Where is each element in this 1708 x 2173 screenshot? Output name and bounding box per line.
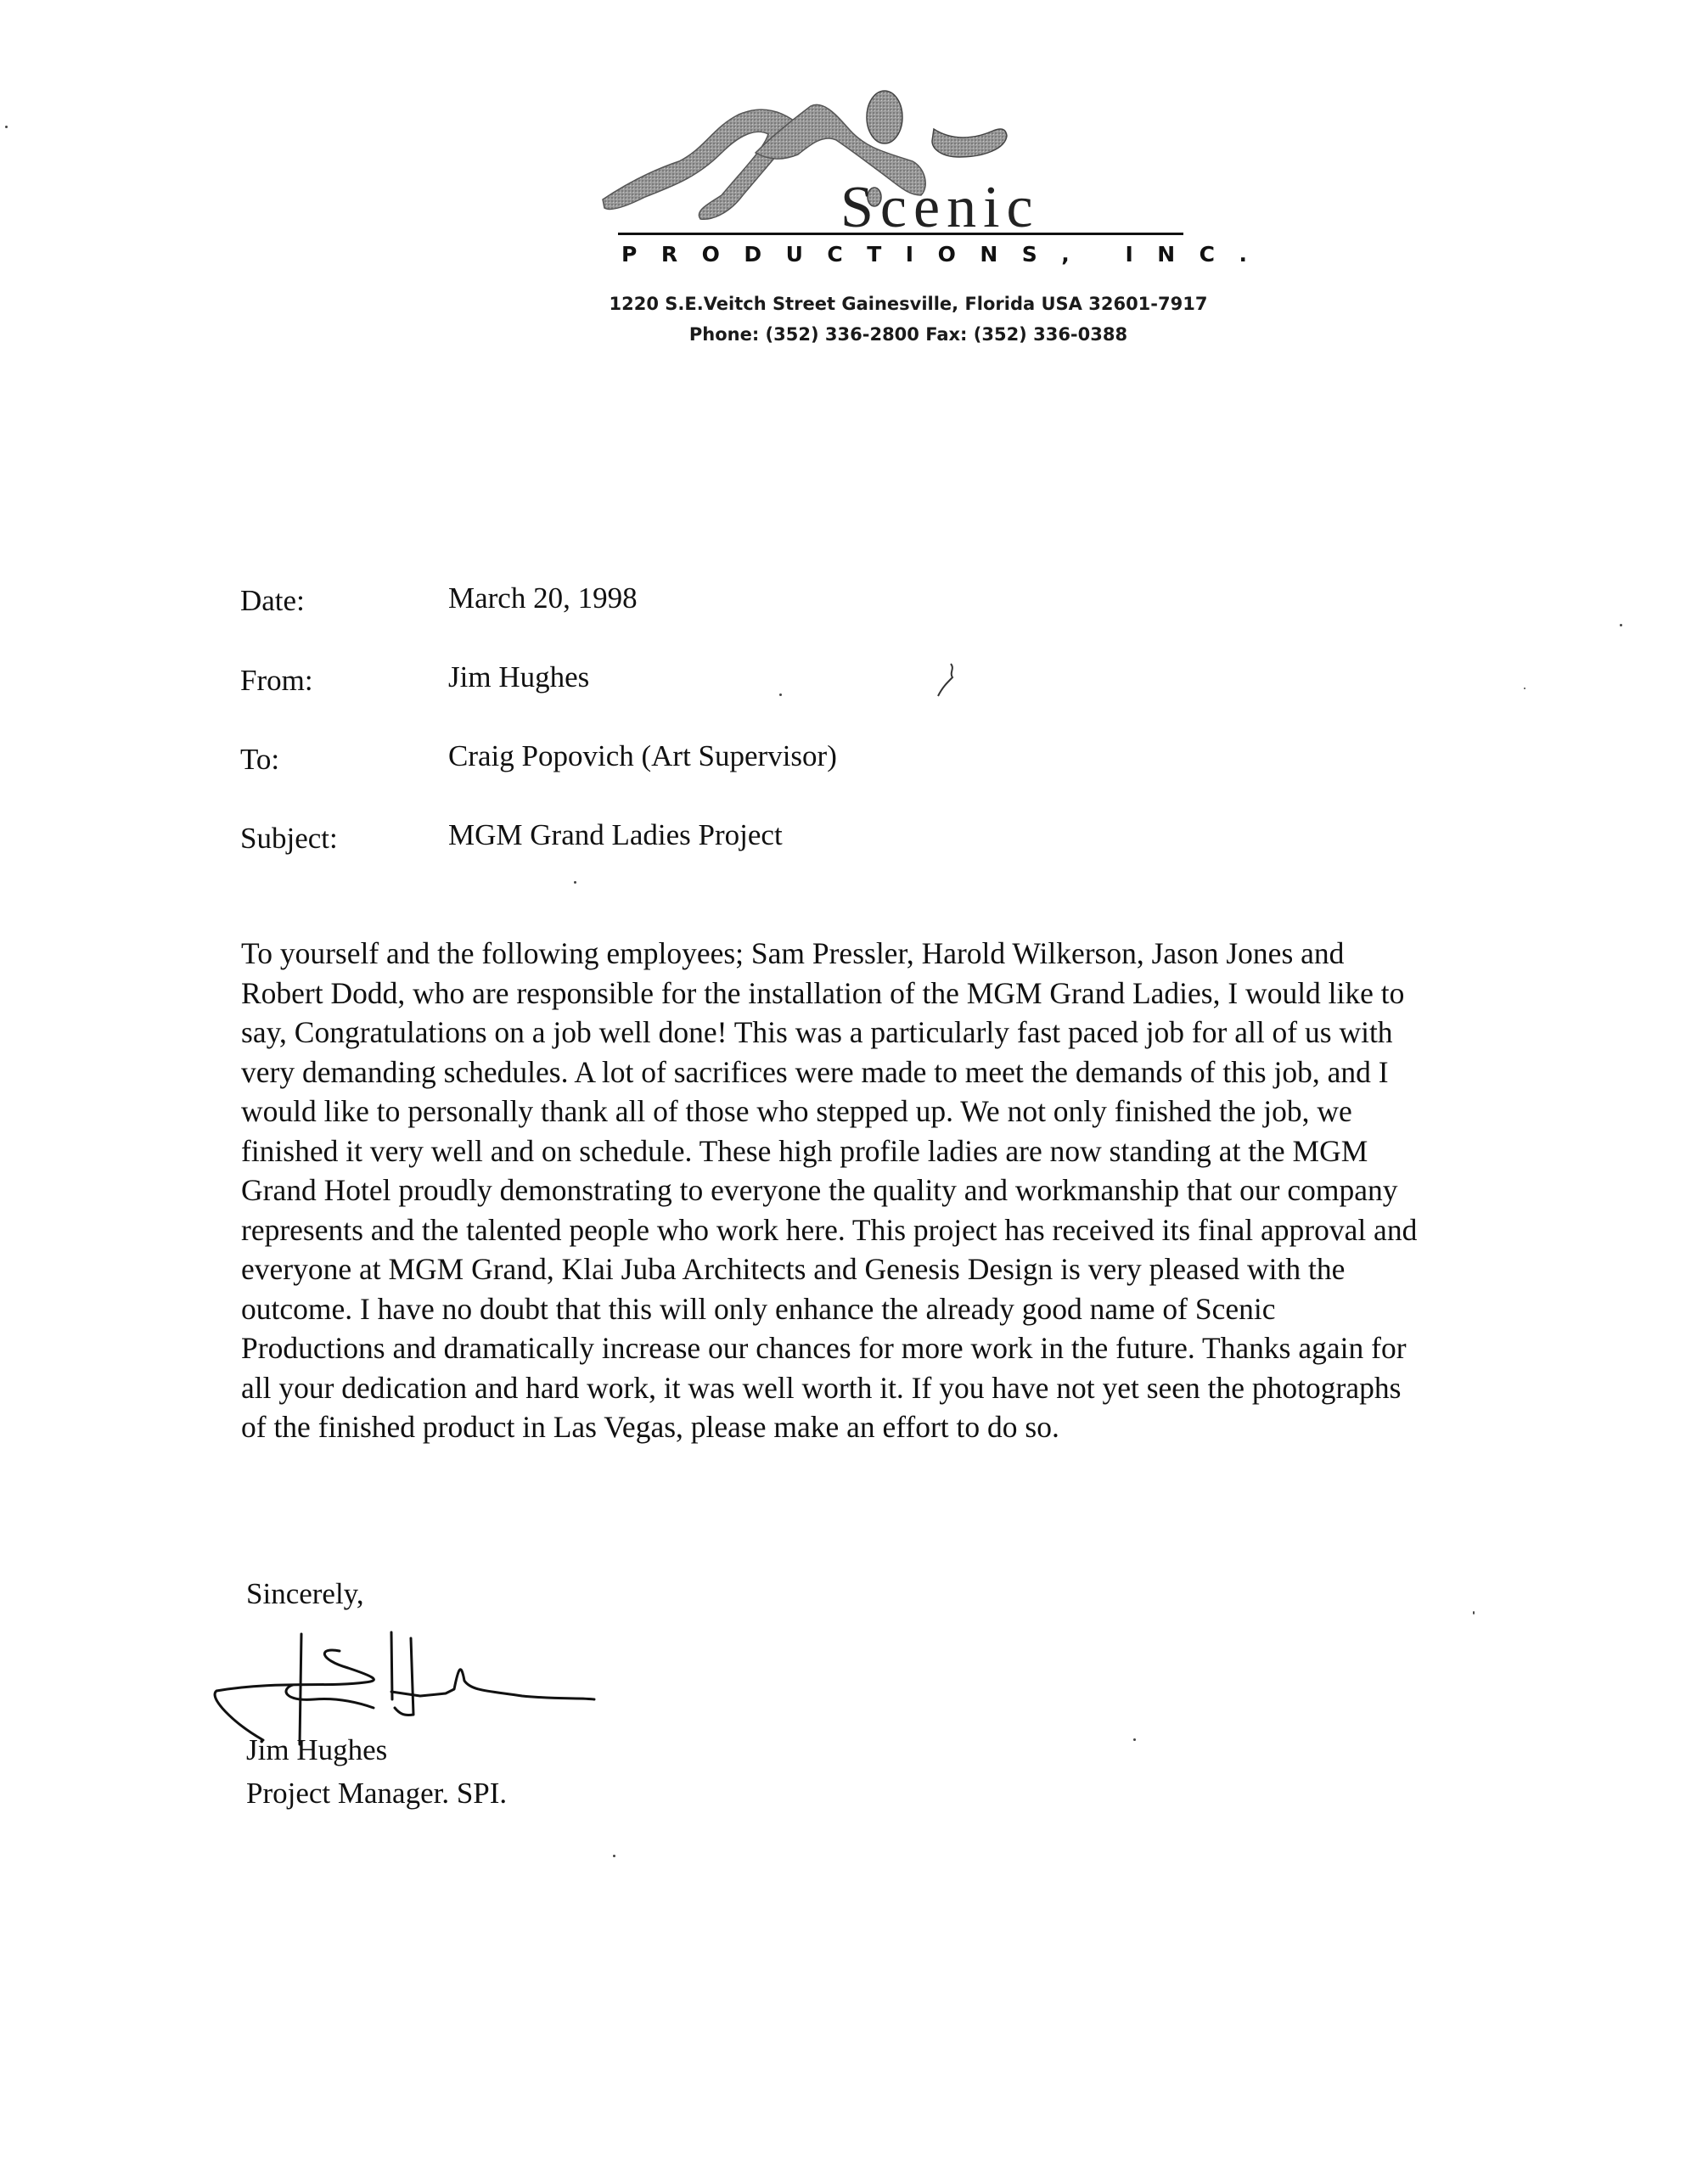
subject-value: MGM Grand Ladies Project [448,818,783,852]
letterhead-divider [618,233,1183,235]
date-value: March 20, 1998 [448,581,638,615]
body-line: say, Congratulations on a job well done!… [241,1013,1599,1053]
scan-speck [574,881,576,884]
body-line: everyone at MGM Grand, Klai Juba Archite… [241,1249,1599,1289]
scan-speck [779,693,782,696]
body-line: of the finished product in Las Vegas, pl… [241,1407,1599,1447]
body-line: finished it very well and on schedule. T… [241,1131,1599,1171]
brand-name: Scenic [840,174,1040,242]
brand-subtitle: PRODUCTIONS, INC. [621,242,1190,267]
scan-speck [1133,1738,1136,1741]
letter-page: Scenic PRODUCTIONS, INC. 1220 S.E.Veitch… [0,0,1708,2173]
body-line: represents and the talented people who w… [241,1210,1599,1250]
body-line: Robert Dodd, who are responsible for the… [241,974,1599,1014]
scan-speck [5,126,8,128]
scan-speck [613,1855,615,1857]
pen-mark-icon [934,662,959,700]
body-line: would like to personally thank all of th… [241,1092,1599,1131]
body-line: all your dedication and hard work, it wa… [241,1368,1599,1408]
body-line: Productions and dramatically increase ou… [241,1328,1599,1368]
from-label: From: [240,664,313,698]
signer-title: Project Manager. SPI. [246,1777,507,1811]
body-line: Grand Hotel proudly demonstrating to eve… [241,1171,1599,1210]
letter-body: To yourself and the following employees;… [241,934,1599,1447]
body-line: outcome. I have no doubt that this will … [241,1289,1599,1329]
signer-name: Jim Hughes [246,1733,387,1767]
scan-speck [1620,624,1622,626]
contact-line: Phone: (352) 336-2800 Fax: (352) 336-038… [594,324,1222,345]
scan-speck [1473,1611,1475,1614]
address-line: 1220 S.E.Veitch Street Gainesville, Flor… [594,294,1222,314]
from-value: Jim Hughes [448,660,589,694]
body-line: To yourself and the following employees;… [241,934,1599,974]
subject-label: Subject: [240,822,338,856]
closing-salutation: Sincerely, [246,1577,364,1611]
date-label: Date: [240,584,305,618]
to-label: To: [240,743,279,777]
to-value: Craig Popovich (Art Supervisor) [448,739,837,773]
handwritten-signature-icon [199,1630,624,1749]
scan-speck [1524,688,1525,689]
body-line: very demanding schedules. A lot of sacri… [241,1053,1599,1092]
